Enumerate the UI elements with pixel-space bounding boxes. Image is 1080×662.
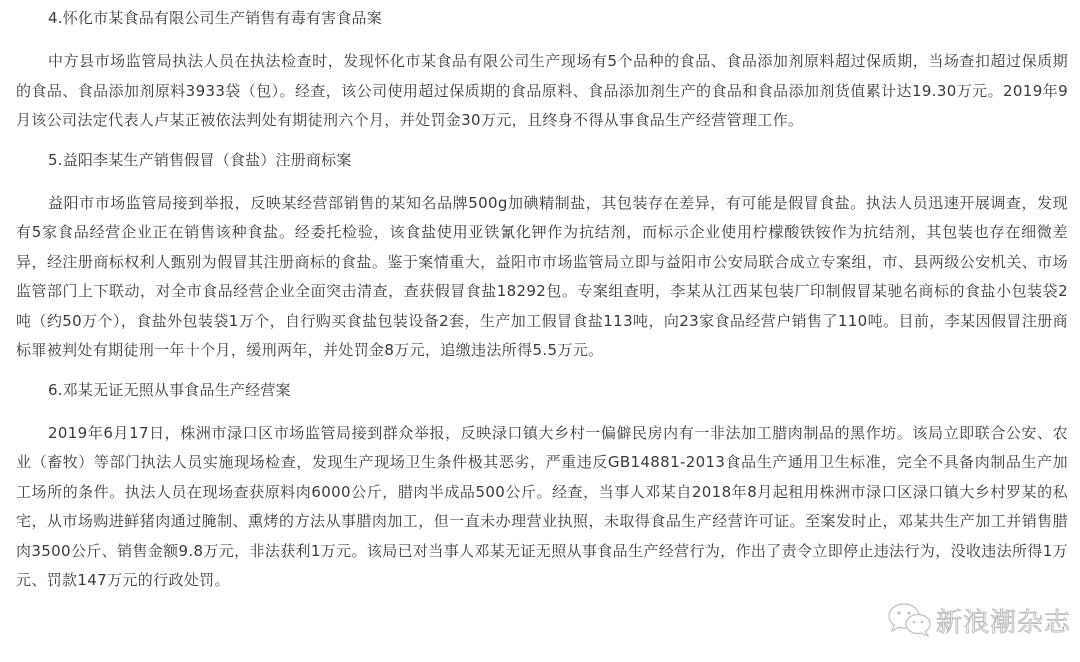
case-paragraph: 2019年6月17日，株洲市渌口区市场监管局接到群众举报，反映渌口镇大乡村一偏僻… <box>16 419 1068 596</box>
case-paragraph: 益阳市市场监管局接到举报，反映某经营部销售的某知名品牌500g加碘精制盐，其包装… <box>16 189 1068 366</box>
wechat-icon <box>886 600 934 640</box>
case-5: 5.益阳李某生产销售假冒（食盐）注册商标案 益阳市市场监管局接到举报，反映某经营… <box>16 146 1068 366</box>
document-body: 4.怀化市某食品有限公司生产销售有毒有害食品案 中方县市场监管局执法人员在执法检… <box>16 0 1068 606</box>
case-paragraph: 中方县市场监管局执法人员在执法检查时，发现怀化市某食品有限公司生产现场有5个品种… <box>16 47 1068 136</box>
case-heading: 5.益阳李某生产销售假冒（食盐）注册商标案 <box>16 146 1068 175</box>
case-6: 6.邓某无证无照从事食品生产经营案 2019年6月17日，株洲市渌口区市场监管局… <box>16 376 1068 596</box>
case-heading: 4.怀化市某食品有限公司生产销售有毒有害食品案 <box>16 4 1068 33</box>
case-heading: 6.邓某无证无照从事食品生产经营案 <box>16 376 1068 405</box>
case-4: 4.怀化市某食品有限公司生产销售有毒有害食品案 中方县市场监管局执法人员在执法检… <box>16 4 1068 136</box>
watermark-text: 新浪潮杂志 <box>936 602 1071 639</box>
